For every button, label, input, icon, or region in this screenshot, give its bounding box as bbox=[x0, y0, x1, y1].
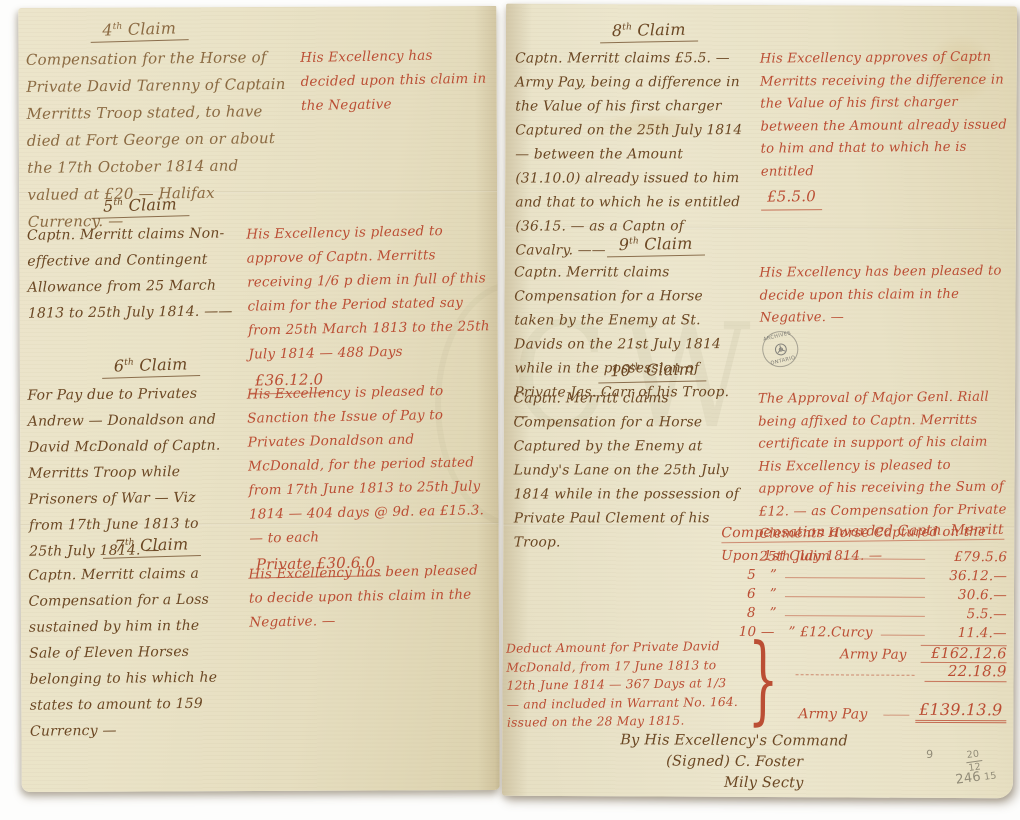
claim-ordinal: th bbox=[622, 22, 632, 32]
claim-word: Claim bbox=[646, 360, 695, 380]
manuscript-scan: 4th Claim Compensation for the Horse of … bbox=[0, 0, 1020, 820]
pencil-number: 246 bbox=[955, 769, 982, 787]
claim-5-heading: 5th Claim bbox=[91, 194, 489, 218]
leader-line bbox=[796, 674, 915, 676]
award-table-title: Compensation awarded Captn. Merritt bbox=[721, 522, 1004, 543]
claim-5-text: Captn. Merritt claims Non-effective and … bbox=[27, 220, 234, 326]
claim-9-heading: 9th Claim bbox=[607, 234, 1010, 258]
award-row-label: 8 bbox=[747, 605, 756, 621]
award-row-label: 5 bbox=[747, 567, 756, 583]
claim-6-heading: 6th Claim bbox=[102, 354, 490, 378]
pencil-corner-notes: 20 12 246 15 bbox=[952, 748, 997, 787]
claim-ordinal: th bbox=[629, 236, 639, 246]
response-text: His Excellency approves of Captn Merritt… bbox=[760, 46, 1011, 183]
claim-7-text: Captn. Merritt claims a Compensation for… bbox=[28, 560, 236, 744]
award-row-label: Upon 1st Claim bbox=[721, 548, 830, 565]
award-row-amount: 11.4.— bbox=[933, 625, 1007, 641]
response-text: His Excellency has been pleased to decid… bbox=[759, 260, 1010, 330]
claim-ordinal: th bbox=[113, 198, 123, 208]
signature-line-command: By His Excellency's Command bbox=[620, 730, 848, 752]
signature-line-secretary: Mily Secty bbox=[724, 773, 848, 795]
right-page: CW 8th Claim Captn. Merritt claims £5.5.… bbox=[502, 4, 1017, 799]
leader-line bbox=[838, 558, 925, 559]
response-text: His Excellency has decided upon this cla… bbox=[300, 43, 489, 118]
claim-8-text: Captn. Merritt claims £5.5. — Army Pay, … bbox=[515, 46, 746, 262]
pencil-note-nine: 9 bbox=[926, 748, 933, 761]
claim-10-heading: 10th Claim bbox=[598, 360, 1009, 384]
claim-ordinal: th bbox=[113, 22, 123, 32]
award-row: 6 ” 30.6.— bbox=[721, 583, 1007, 603]
response-text: His Excellency has been pleased to decid… bbox=[248, 558, 491, 634]
claim-word: Claim bbox=[637, 20, 686, 40]
claim-word: Claim bbox=[140, 534, 189, 554]
curly-brace: } bbox=[748, 637, 779, 721]
claim-word: Claim bbox=[139, 354, 188, 374]
award-row-label: 6 bbox=[747, 586, 756, 602]
pencil-number: 15 bbox=[983, 770, 997, 783]
claim-4-response: His Excellency has decided upon this cla… bbox=[286, 43, 489, 119]
deduction-text: Deduct Amount for Private David McDonald… bbox=[506, 637, 743, 732]
claim-10-text: Captn. Merritt claims Compensation for a… bbox=[513, 386, 744, 554]
claim-ordinal: th bbox=[124, 358, 134, 368]
claim-word: Claim bbox=[128, 194, 177, 214]
claim-word: Claim bbox=[128, 18, 177, 38]
award-row-amount: 5.5.— bbox=[933, 606, 1007, 622]
response-text: His Excellency is pleased to approve of … bbox=[246, 218, 491, 366]
claim-9-response: His Excellency has been pleased to decid… bbox=[745, 260, 1010, 330]
response-amount: £5.5.0 bbox=[761, 185, 822, 210]
claim-section-7: 7th Claim Captn. Merritt claims a Compen… bbox=[29, 534, 492, 744]
ditto-mark: ” bbox=[770, 567, 777, 583]
leader-line bbox=[881, 635, 925, 636]
left-page: 4th Claim Compensation for the Horse of … bbox=[18, 6, 499, 792]
signature-block: By His Excellency's Command (Signed) C. … bbox=[620, 730, 848, 794]
response-text: His Excellency is pleased to Sanction th… bbox=[247, 378, 492, 550]
award-row: 8 ” 5.5.— bbox=[721, 602, 1007, 622]
final-total-row: Army Pay £139.13.9 bbox=[798, 699, 1006, 723]
claim-number: 10 bbox=[610, 361, 631, 380]
ditto-mark: ” bbox=[770, 586, 777, 602]
leader-line bbox=[785, 577, 925, 579]
award-row-note: ” £12.Curcy bbox=[789, 624, 873, 640]
final-total-amount: £139.13.9 bbox=[915, 700, 1006, 723]
claim-ordinal: th bbox=[125, 538, 135, 548]
claim-4-heading: 4th Claim bbox=[90, 18, 488, 42]
claim-ordinal: th bbox=[631, 362, 641, 372]
deduction-amount: 22.18.9 bbox=[925, 662, 1007, 682]
final-total-label: Army Pay bbox=[798, 706, 867, 722]
award-row: 5 ” 36.12.— bbox=[721, 564, 1007, 584]
signature-line-signed: (Signed) C. Foster bbox=[666, 752, 848, 774]
award-row-amount: £79.5.6 bbox=[933, 549, 1007, 565]
claim-8-response: His Excellency approves of Captn Merritt… bbox=[746, 46, 1012, 210]
claim-7-heading: 7th Claim bbox=[103, 534, 491, 558]
leader-line bbox=[785, 615, 925, 617]
claim-section-8: 8th Claim Captn. Merritt claims £5.5. — … bbox=[515, 20, 1011, 265]
award-row: Upon 1st Claim £79.5.6 bbox=[721, 545, 1007, 565]
deduction-amount-row: 22.18.9 bbox=[780, 661, 1007, 682]
leader-line bbox=[785, 596, 925, 598]
claim-8-heading: 8th Claim bbox=[600, 20, 1011, 44]
ditto-mark: ” bbox=[770, 605, 777, 621]
pencil-number: 20 bbox=[966, 748, 980, 761]
award-row-amount: 30.6.— bbox=[933, 587, 1007, 603]
award-row-amount: 36.12.— bbox=[933, 568, 1007, 584]
leader-line bbox=[883, 715, 909, 716]
claim-7-response: His Excellency has been pleased to decid… bbox=[234, 558, 491, 635]
trillium-icon bbox=[772, 341, 788, 357]
claim-word: Claim bbox=[644, 234, 693, 254]
